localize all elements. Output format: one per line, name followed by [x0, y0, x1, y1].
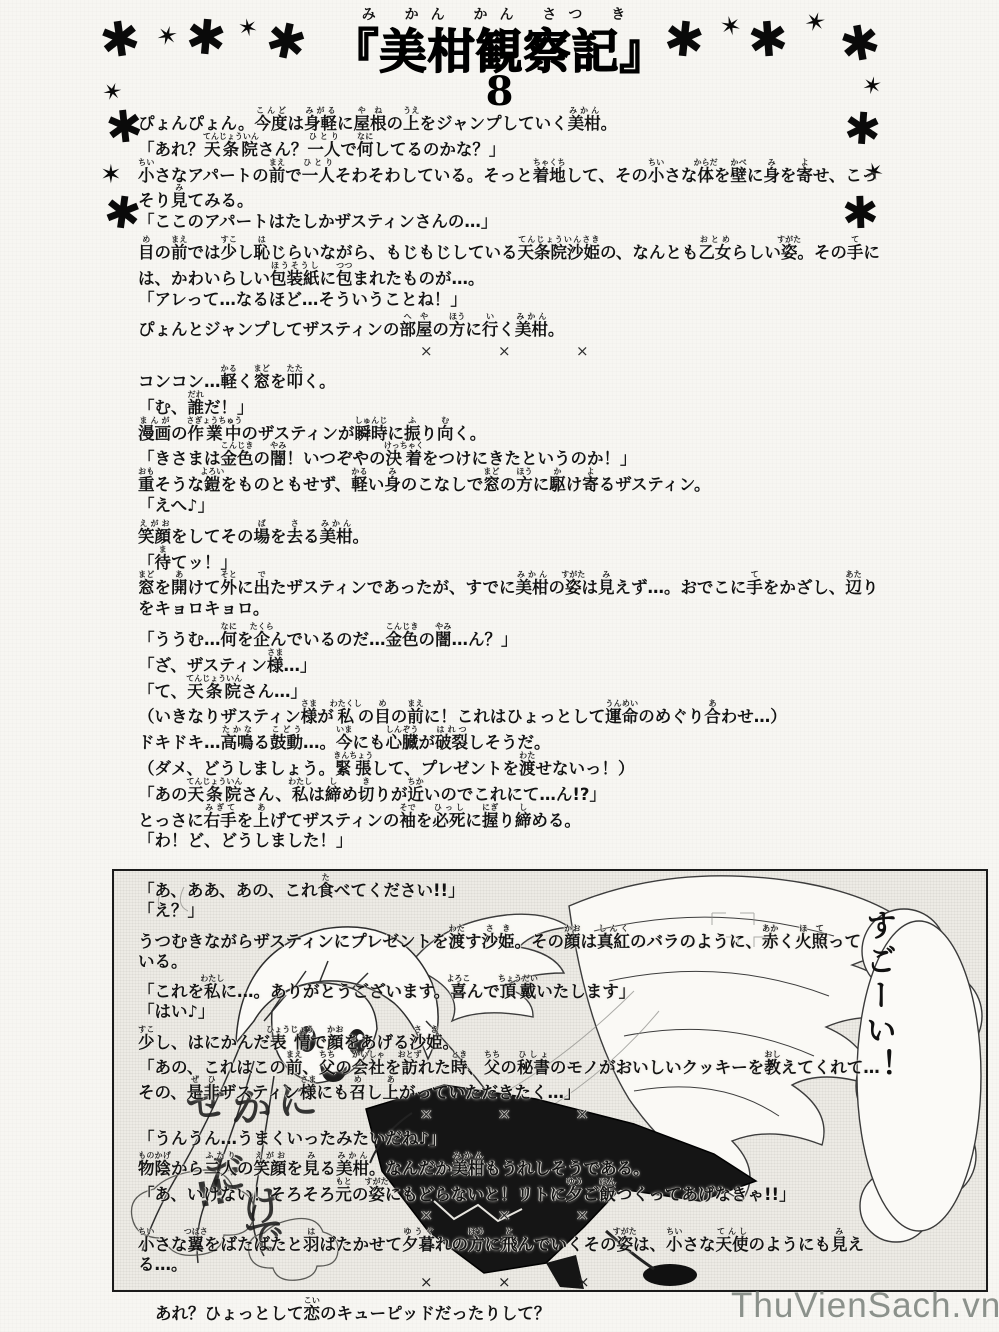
story-line: 「む、誰だれだ！」 [138, 390, 898, 416]
story-line: 「えへ♪」 [138, 493, 898, 519]
story-line: （いきなりザスティン様さまが私わたくしの目めの前まえに！これはひょっとして運命う… [138, 699, 898, 725]
separator-x-mark: × [576, 1102, 654, 1127]
story-line: 「わ！ど、どうしました！」 [138, 828, 898, 854]
star-icon: ✱ [184, 12, 228, 63]
border-x-mark: × [420, 1275, 433, 1290]
story-line: うつむきながらザスティンにプレゼントを渡わたす沙姫さき。その顔かおは真紅しんくの… [138, 924, 968, 949]
story-line: 「あ、ああ、あの、これ食たべてください!!」 [138, 873, 968, 898]
separator-x-mark: × [498, 339, 576, 365]
separator-row: ××× [138, 1101, 968, 1126]
story-line: コンコン…軽かるく窓まどを叩たたく。 [138, 364, 898, 390]
story-line: 「あの天条院てんじょういんさん、私わたしは締しめ切きりが近ちかいのでこれにて…ん… [138, 777, 898, 803]
story-line: その、是非ぜひザスティン様さまにも召めし上あがっていただきたく…」 [138, 1075, 968, 1100]
story-line: 「あれ？天条院てんじょういんさん？一人ひとりで何なにしてるのかな？」 [138, 132, 898, 158]
story-line: 笑顔えがおをしてその場ばを去さる美柑みかん。 [138, 519, 898, 545]
separator-x-mark: × [576, 1203, 654, 1228]
border-x-mark: × [577, 1275, 590, 1290]
star-icon: ✶ [236, 14, 260, 41]
story-line: ぴょんとジャンプしてザスティンの部屋へやの方ほうに行いく美柑みかん。 [138, 312, 898, 338]
manga-text-page: ✱ ✶ ✱ ✶ ✱ ✶ ✱ ✶ ✱ ✱ ✶ ✱ ✶ ✱ ✶ ✱ ✶ ✱ み かん… [0, 0, 999, 1332]
story-line: 「アレって…なるほど…そういうことね！」 [138, 287, 898, 313]
story-line: 「て、天条院てんじょういんさん…」 [138, 674, 898, 700]
story-line: ぴょんぴょん。今度こんどは身軽みがるに屋根やねの上うえをジャンプしていく美柑みか… [138, 106, 898, 132]
story-line: 「はい♪」 [138, 999, 968, 1024]
separator-x-mark: × [420, 1203, 498, 1228]
story-line: （ダメ、どうしましょう。緊張きんちょうして、プレゼントを渡わたせないっ！） [138, 751, 898, 777]
story-line: 「これを私わたしに…。ありがとうございます。喜よろこんで頂戴ちょうだいいたします… [138, 974, 968, 999]
story-line: 小ちいさなアパートの前まえで一人ひとりそわそわしている。そっと着地ちゃくちして、… [138, 158, 898, 184]
story-line: る…。 [138, 1252, 968, 1277]
separator-x-mark: × [498, 1203, 576, 1228]
story-line: 重おもそうな鎧よろいをものともせず、軽かるい身みのこなしで窓まどの方ほうに駆かけ… [138, 467, 898, 493]
story-line: 窓まどを開あけて外そとに出でたザスティンであったが、すでに美柑みかんの姿すがたは… [138, 570, 898, 596]
story-line: 「え？」 [138, 898, 968, 923]
star-icon: ✱ [97, 13, 144, 66]
story-line: 「きさまは金色こんじきの闇やみ！いつぞやの決着けっちゃくをつけにきたというのか！… [138, 441, 898, 467]
story-line: 物陰ものかげから二人ふたりの笑顔えがおを見みる美柑みかん。なんだか美柑みかんもう… [138, 1151, 968, 1176]
star-icon: ✱ [746, 15, 789, 66]
separator-x-mark: × [420, 1102, 498, 1127]
story-line: 「ここのアパートはたしかザスティンさんの…」 [138, 209, 898, 235]
story-line: 目めの前まえでは少すこし恥はじらいながら、もじもじしている天条院沙姫てんじょうい… [138, 235, 898, 261]
star-icon: ✱ [662, 14, 707, 66]
story-text-upper: ぴょんぴょん。今度こんどは身軽みがるに屋根やねの上うえをジャンプしていく美柑みか… [138, 106, 898, 854]
story-line: 「あの、これはこの前まえ、父ちちの会社かいしゃを訪おとずれた時とき、父ちちの秘書… [138, 1050, 968, 1075]
story-line: 「ううむ…何なにを企たくらんでいるのだ…金色こんじきの闇やみ…ん？」 [138, 622, 898, 648]
closing-line: あれ？ひょっとして恋こいのキューピッドだったりして？ [155, 1296, 550, 1322]
illustration-box: せ か に だ け で !! すごーい！ 「あ、ああ、あの、これ食たべてください… [112, 869, 988, 1292]
border-x-mark: × [498, 1275, 511, 1290]
story-line: をキョロキョロ。 [138, 596, 898, 622]
watermark: ThuVienSach.vn [731, 1286, 999, 1326]
separator-x-mark: × [420, 339, 498, 365]
story-line: 「ざ、ザスティン様さま…」 [138, 648, 898, 674]
story-line: 「待まてッ！」 [138, 545, 898, 571]
story-line: 「うんうん…うまくいったみたいだね♪」 [138, 1126, 968, 1151]
story-line: ドキドキ…高鳴たかなる鼓動こどう…。今いまにも心臓しんぞうが破裂はれつしそうだ。 [138, 725, 898, 751]
story-line: 少すこし、はにかんだ表情ひょうじょうで顔かおをあげる沙姫さき。 [138, 1025, 968, 1050]
story-line: 「あ、いけない！そろそろ元もとの姿すがたにもどらないと！リトに夕ゆうご飯はんつく… [138, 1177, 968, 1202]
separator-row: ××× [138, 1202, 968, 1227]
separator-row: ××× [138, 338, 898, 364]
separator-x-mark: × [576, 339, 654, 365]
story-line: 小ちいさな翼つばさをばたばたと羽はばたかせて夕暮ゆうぐれの方ほうに飛とんでいくそ… [138, 1227, 968, 1252]
story-line: 漫画まんがの作業中さぎょうちゅうのザスティンが瞬時しゅんじに振ふり向むく。 [138, 416, 898, 442]
star-icon: ✱ [836, 17, 884, 71]
story-line: そり見みてみる。 [138, 183, 898, 209]
story-line: とっさに右手みぎてを上あげてザスティンの袖そでを必死ひっしに握にぎり締しめる。 [138, 803, 898, 829]
story-line: は、かわいらしい包装紙ほうそうしに包つつまれたものが…。 [138, 261, 898, 287]
story-line: いる。 [138, 949, 968, 974]
story-text-lower: 「あ、ああ、あの、これ食たべてください!!」「え？」うつむきながらザスティンにプ… [138, 873, 968, 1278]
separator-x-mark: × [498, 1102, 576, 1127]
star-icon: ✶ [100, 162, 122, 188]
